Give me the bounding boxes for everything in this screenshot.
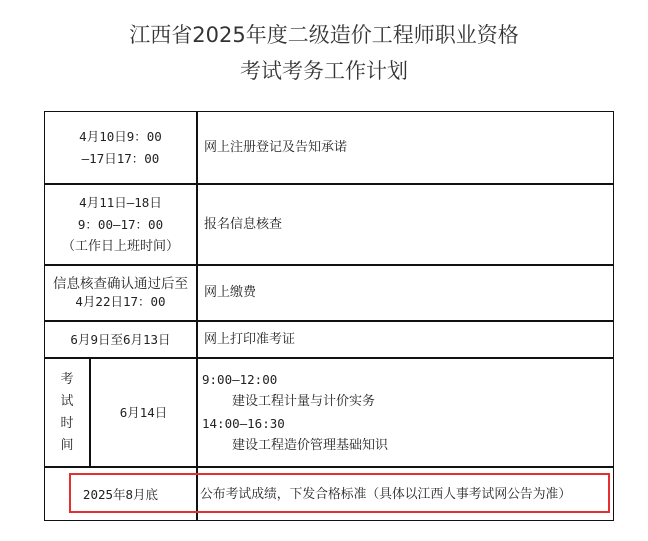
table-row-5-time: 6月14日 [91, 359, 196, 466]
table-row-3-task: 网上缴费 [204, 266, 604, 320]
session-time: 14:00—16:30 [202, 413, 285, 435]
label-char: 间 [60, 435, 73, 457]
column-divider [196, 111, 198, 521]
task-text: 报名信息核查 [204, 214, 282, 236]
time-line: 9：00—17：00 [78, 214, 163, 236]
time-line: 4月22日17：00 [75, 293, 165, 310]
table-row-4-task: 网上打印准考证 [204, 322, 604, 357]
label-char: 试 [60, 391, 73, 413]
time-line: 4月11日—18日 [79, 192, 162, 214]
table-row-5-sessions: 9:00—12:00 建设工程计量与计价实务 14:00—16:30 建设工程造… [202, 359, 602, 466]
time-line: （工作日上班时间） [62, 236, 179, 258]
label-char: 时 [60, 413, 73, 435]
time-line: 6月9日至6月13日 [70, 329, 170, 351]
label-char: 考 [60, 369, 73, 391]
document-subtitle: 考试考务工作计划 [0, 55, 648, 85]
document-title: 江西省2025年度二级造价工程师职业资格 [0, 19, 648, 49]
table-row-1-time: 4月10日9：00 —17日17：00 [45, 112, 196, 183]
task-text: 网上打印准考证 [204, 329, 295, 351]
exam-time-label: 考 试 时 间 [45, 359, 89, 466]
task-text: 网上注册登记及告知承诺 [204, 137, 347, 159]
time-line: 信息核查确认通过后至 [53, 276, 188, 293]
time-line: 4月10日9：00 [79, 126, 162, 148]
highlight-box [69, 473, 610, 513]
session-subject: 建设工程计量与计价实务 [202, 391, 375, 413]
exam-date: 6月14日 [120, 402, 168, 424]
table-row-3-time: 信息核查确认通过后至 4月22日17：00 [45, 266, 196, 320]
time-line: —17日17：00 [82, 148, 160, 170]
table-row-1-task: 网上注册登记及告知承诺 [204, 112, 604, 183]
table-row-2-task: 报名信息核查 [204, 185, 604, 264]
session-time: 9:00—12:00 [202, 369, 277, 391]
table-row-4-time: 6月9日至6月13日 [45, 322, 196, 357]
task-text: 网上缴费 [204, 282, 256, 304]
session-subject: 建设工程造价管理基础知识 [202, 435, 388, 457]
table-row-2-time: 4月11日—18日 9：00—17：00 （工作日上班时间） [45, 185, 196, 264]
